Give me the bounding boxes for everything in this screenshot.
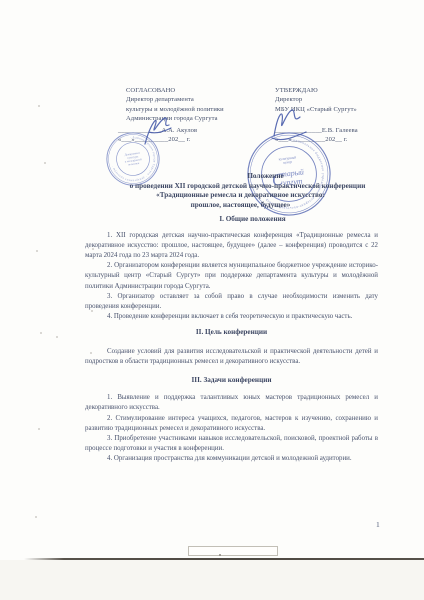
paragraph: 4. Проведение конференции включает в себ… xyxy=(85,312,378,322)
scan-speckle xyxy=(219,554,221,556)
signature-line-akulov: _____________А.А. Акулов xyxy=(118,126,266,135)
paragraph: 1. Выявление и поддержка талантливых юны… xyxy=(85,393,378,413)
approval-role-line: Директор xyxy=(275,95,400,104)
paragraph: 3. Приобретение участниками навыков иссл… xyxy=(85,434,378,454)
title-word: Положение xyxy=(141,172,390,182)
date-line: «___»__________202__ г. xyxy=(118,135,266,144)
approval-role-line: Администрации города Сургута xyxy=(126,114,266,123)
title-line: о проведении XII городской детской научн… xyxy=(105,182,390,192)
paragraph: 3. Организатор оставляет за собой право … xyxy=(85,292,378,312)
scan-speckle xyxy=(56,336,58,338)
approval-status-label: СОГЛАСОВАНО xyxy=(126,86,266,95)
stamp-center-line: культурный xyxy=(278,155,296,161)
scan-speckle xyxy=(90,352,92,354)
scan-speckle xyxy=(36,250,38,252)
paragraph: 2. Стимулирование интереса учащихся, пед… xyxy=(85,414,378,434)
approval-role-line: МБУ ИКЦ «Старый Сургут» xyxy=(275,105,400,114)
stamp-center-line: культуры xyxy=(127,155,138,160)
scan-speckle xyxy=(35,516,37,518)
approval-block-approved: УТВЕРЖДАЮ Директор МБУ ИКЦ «Старый Сургу… xyxy=(275,86,400,144)
approval-block-agreed: СОГЛАСОВАНО Директор департамента культу… xyxy=(126,86,266,145)
spacer xyxy=(275,114,400,123)
section-heading-general: I. Общие положения xyxy=(127,214,378,224)
approval-role-line: Директор департамента xyxy=(126,95,266,104)
document-title: Положение о проведении XII городской дет… xyxy=(85,172,390,211)
title-line: прошлое, настоящее, будущее» xyxy=(91,201,390,211)
stamp-center-line: политики xyxy=(128,162,140,167)
signature-line-galeeva: ______________Е.В. Галеева xyxy=(275,126,400,135)
stamp-center-line: центр xyxy=(283,160,292,165)
scan-speckle xyxy=(91,310,93,312)
paragraph: 4. Организация пространства для коммуник… xyxy=(85,454,378,464)
scan-speckle xyxy=(40,332,42,334)
scan-speckle xyxy=(92,248,94,250)
section-heading-tasks: III. Задачи конференции xyxy=(85,375,378,385)
page-number: 1 xyxy=(376,520,380,529)
title-line: «Традиционные ремесла и декоративное иск… xyxy=(91,191,390,201)
date-line: «___»__________202__ г. xyxy=(275,135,400,144)
scan-speckle xyxy=(38,105,40,107)
scanned-document-page: { "approval_left": { "lines": [ "СОГЛАСО… xyxy=(0,0,424,600)
approval-status-label: УТВЕРЖДАЮ xyxy=(275,86,400,95)
document-body: I. Общие положения 1. XII городская детс… xyxy=(85,214,378,464)
scan-background-below-page xyxy=(0,560,424,600)
stamp-center-line: Департамент xyxy=(124,152,141,157)
stamp-center-line: и молодёжной xyxy=(125,158,143,163)
scan-page-edge-line xyxy=(24,558,424,560)
scan-artifact-rectangle xyxy=(188,546,278,556)
paragraph: 2. Организатором конференции является му… xyxy=(85,261,378,291)
approval-role-line: культуры и молодёжной политики xyxy=(126,105,266,114)
scan-speckle xyxy=(44,162,46,164)
section-heading-goal: II. Цель конференции xyxy=(85,327,378,337)
paragraph: Создание условий для развития исследоват… xyxy=(85,347,378,367)
scan-speckle xyxy=(38,428,40,430)
paragraph: 1. XII городская детская научно-практиче… xyxy=(85,231,378,261)
